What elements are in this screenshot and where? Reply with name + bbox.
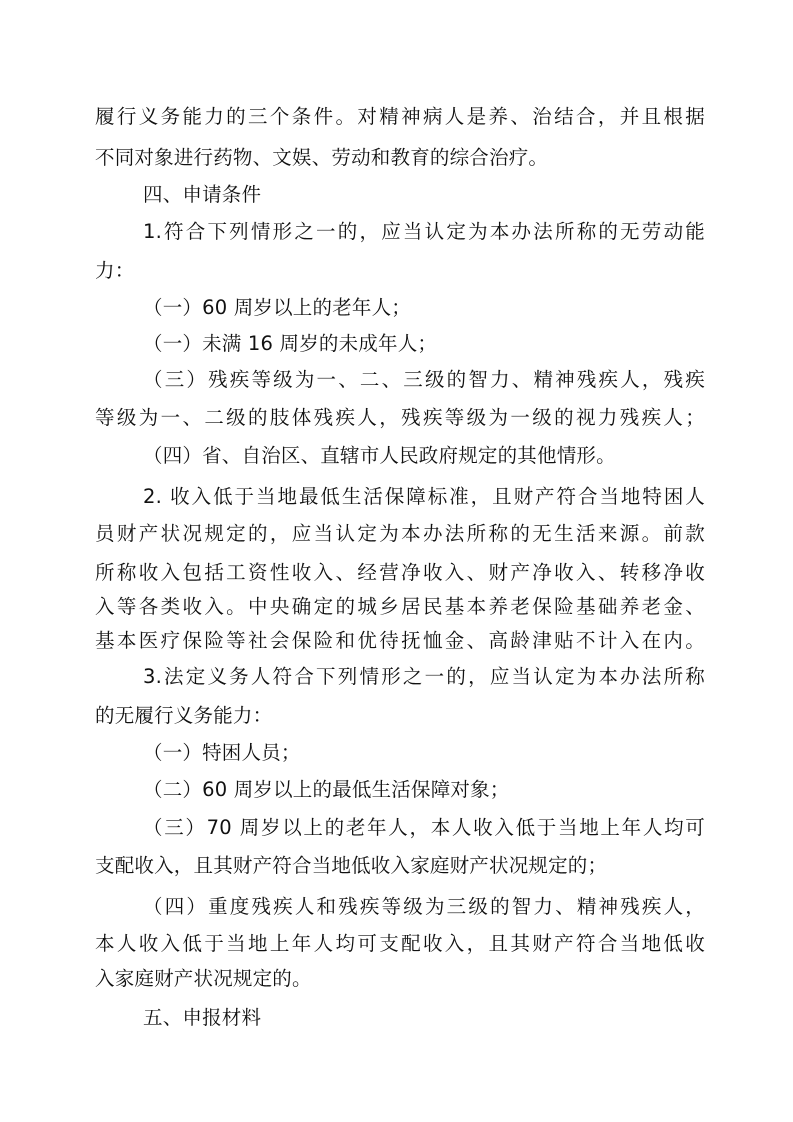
paragraph-line: 入等各类收入。中央确定的城乡居民基本养老保险基础养老金、 <box>95 592 705 622</box>
list-item: （一）特困人员； <box>143 738 705 768</box>
paragraph-line: 履行义务能力的三个条件。对精神病人是养、治结合，并且根据 <box>95 102 705 132</box>
section-heading-application-materials: 五、申报材料 <box>143 1003 705 1033</box>
paragraph-line: 不同对象进行药物、文娱、劳动和教育的综合治疗。 <box>95 143 705 173</box>
list-item: （一）60 周岁以上的老年人； <box>143 293 705 323</box>
paragraph-line: 的无履行义务能力： <box>95 701 705 731</box>
list-item: （三）残疾等级为一、二、三级的智力、精神残疾人，残疾 <box>143 365 705 395</box>
paragraph-line: 等级为一、二级的肢体残疾人，残疾等级为一级的视力残疾人； <box>95 403 705 433</box>
list-item: （三）70 周岁以上的老年人，本人收入低于当地上年人均可 <box>143 813 705 843</box>
list-item: （四）省、自治区、直辖市人民政府规定的其他情形。 <box>143 441 705 471</box>
paragraph-line: 员财产状况规定的，应当认定为本办法所称的无生活来源。前款 <box>95 519 705 549</box>
list-item: （一）未满 16 周岁的未成年人； <box>143 329 705 359</box>
paragraph-line: 支配收入，且其财产符合当地低收入家庭财产状况规定的； <box>95 851 705 881</box>
paragraph-line: 所称收入包括工资性收入、经营净收入、财产净收入、转移净收 <box>95 558 705 588</box>
paragraph-line: 2. 收入低于当地最低生活保障标准，且财产符合当地特困人 <box>143 482 705 512</box>
list-item: （四）重度残疾人和残疾等级为三级的智力、精神残疾人， <box>143 892 705 922</box>
document-page: 履行义务能力的三个条件。对精神病人是养、治结合，并且根据 不同对象进行药物、文娱… <box>0 0 793 1122</box>
paragraph-line: 基本医疗保险等社会保险和优待抚恤金、高龄津贴不计入在内。 <box>95 626 705 656</box>
paragraph-line: 力： <box>95 256 705 286</box>
section-heading-application-conditions: 四、申请条件 <box>143 180 705 210</box>
paragraph-line: 1.符合下列情形之一的，应当认定为本办法所称的无劳动能 <box>143 217 705 247</box>
paragraph-line: 3.法定义务人符合下列情形之一的，应当认定为本办法所称 <box>143 662 705 692</box>
list-item: （二）60 周岁以上的最低生活保障对象； <box>143 775 705 805</box>
paragraph-line: 入家庭财产状况规定的。 <box>95 964 705 994</box>
paragraph-line: 本人收入低于当地上年人均可支配收入，且其财产符合当地低收 <box>95 929 705 959</box>
